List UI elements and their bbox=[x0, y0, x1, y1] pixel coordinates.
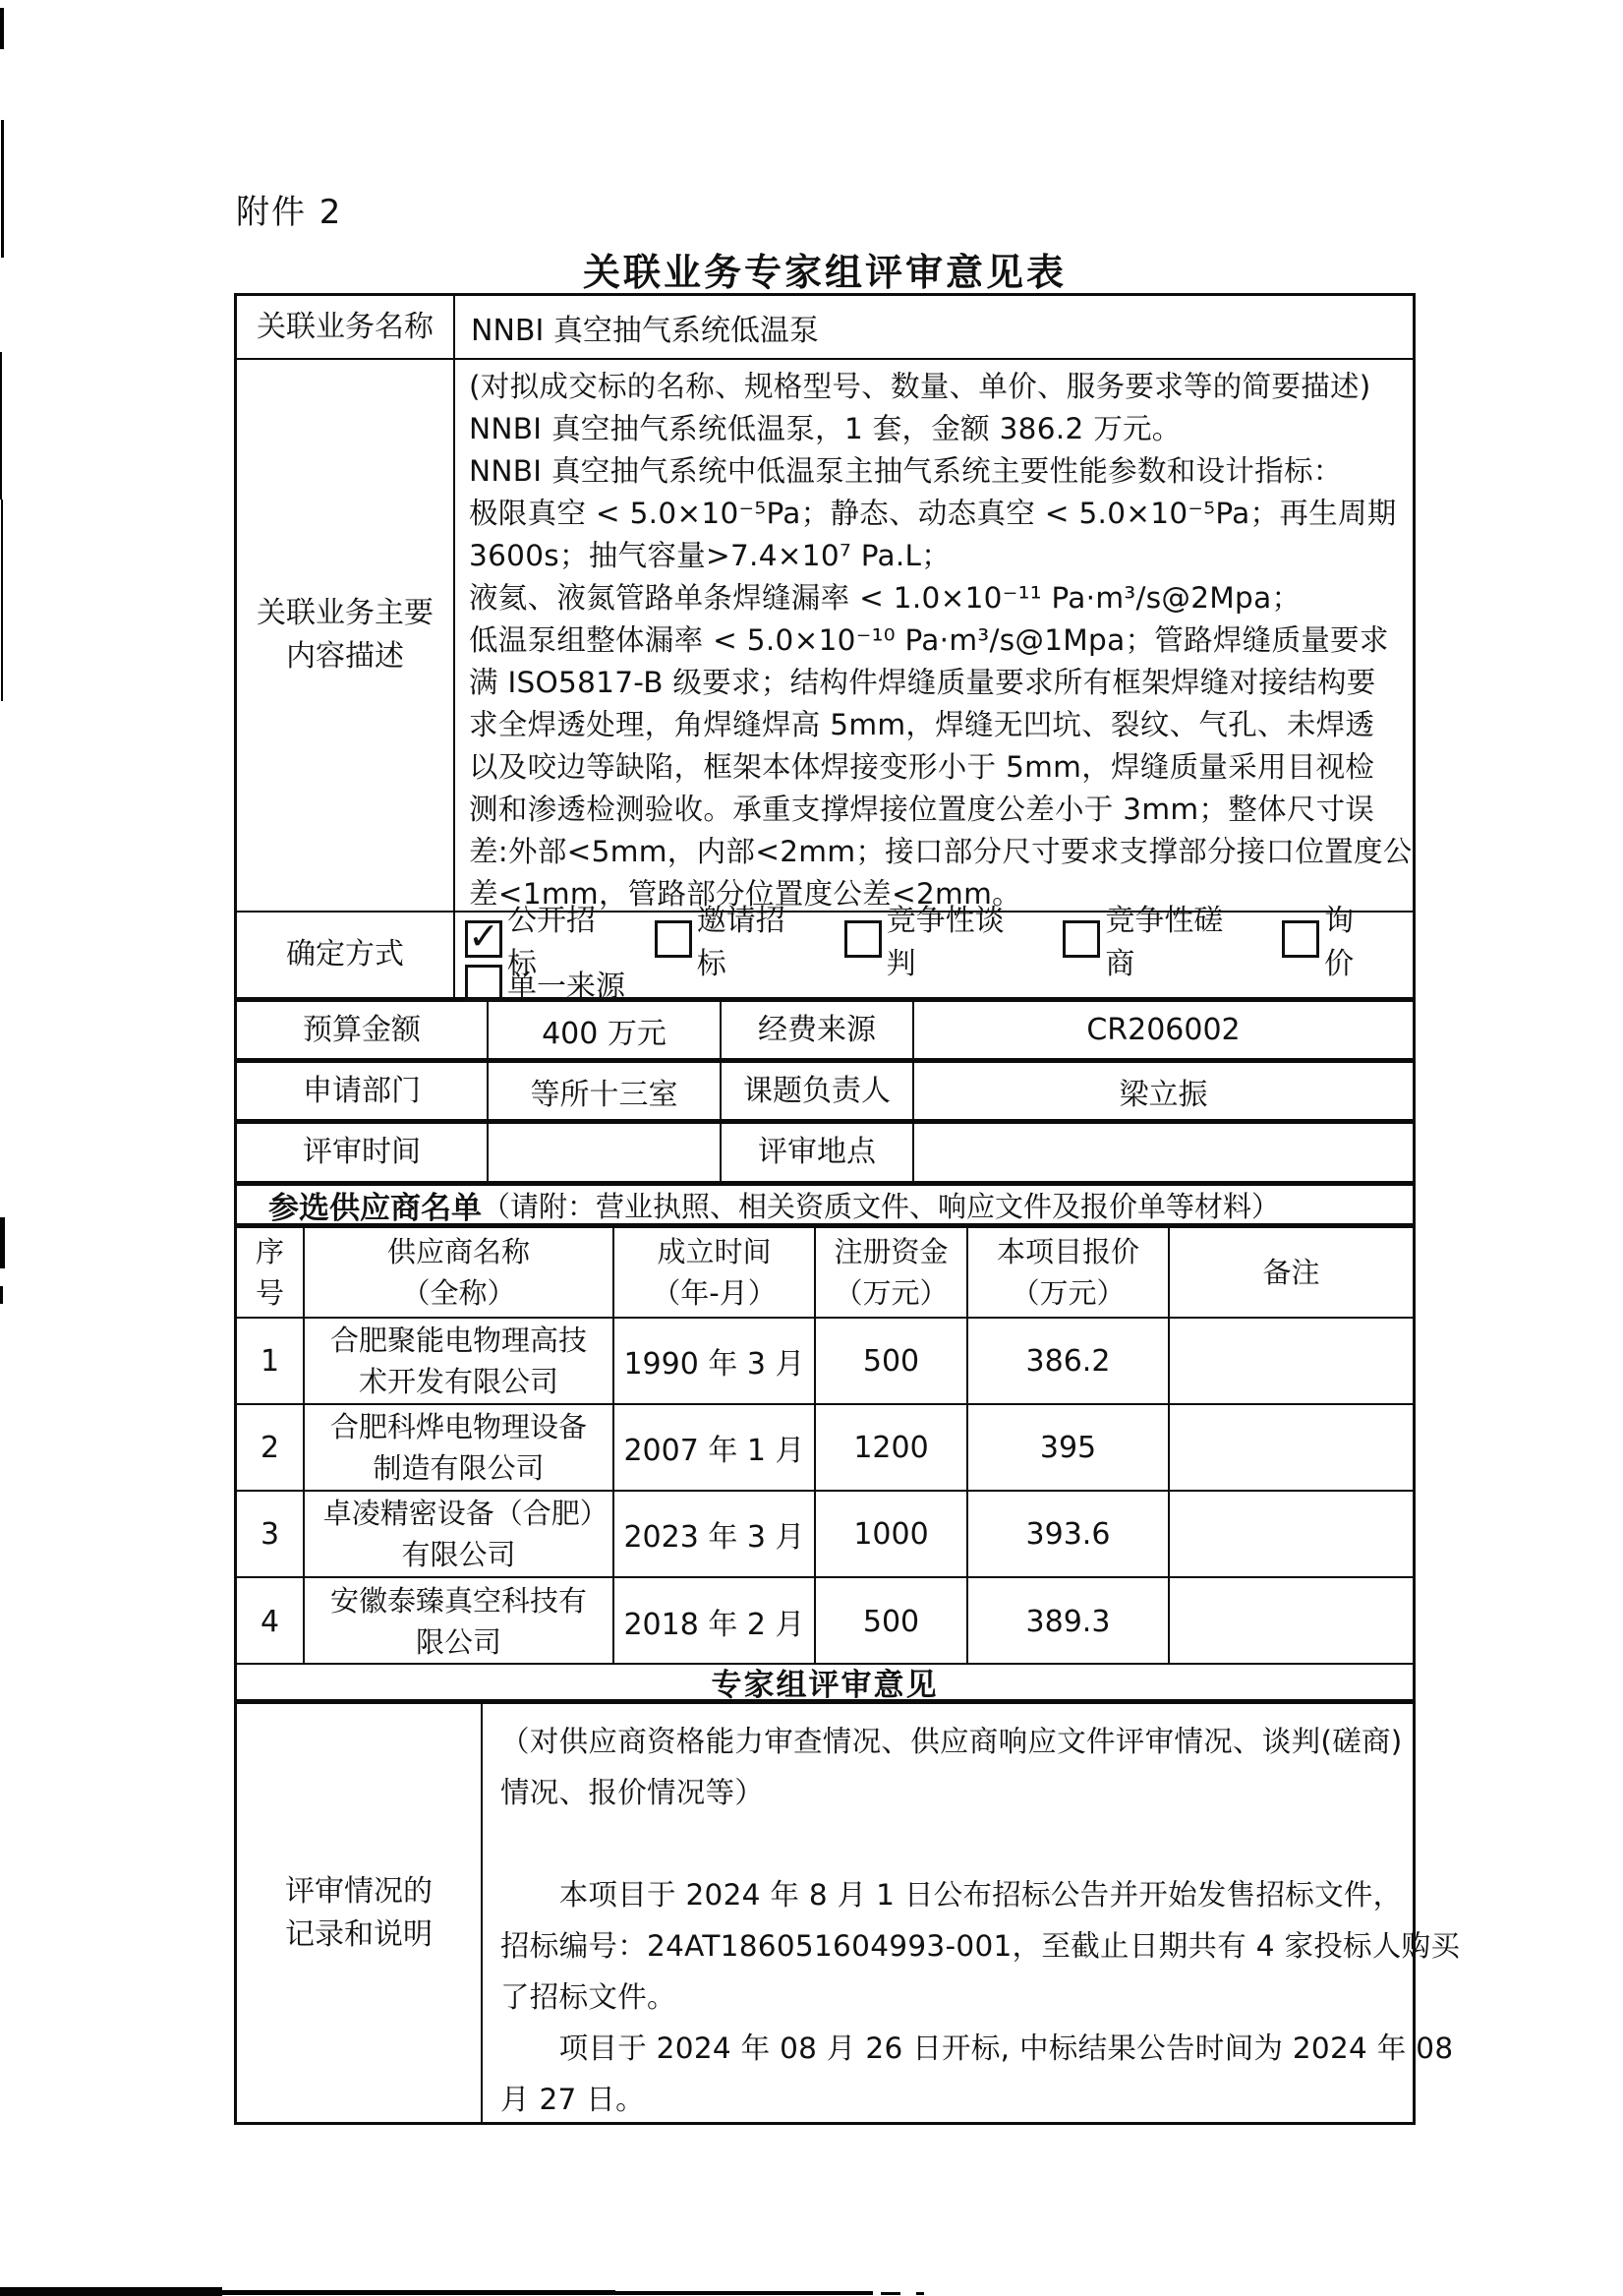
business-name-row: 关联业务名称 NNBI 真空抽气系统低温泵 bbox=[237, 296, 1413, 360]
supplier-row: 3 卓凌精密设备（合肥）有限公司 2023 年 3 月 1000 393.6 bbox=[237, 1492, 1413, 1578]
record-line bbox=[500, 1818, 1460, 1869]
description-line: NNBI 真空抽气系统低温泵，1 套，金额 386.2 万元。 bbox=[469, 408, 1413, 450]
scan-artifact bbox=[0, 1217, 5, 1268]
column-header-name: 供应商名称 （全称） bbox=[305, 1228, 614, 1317]
supplier-name: 安徽泰臻真空科技有限公司 bbox=[305, 1578, 614, 1665]
document-page: 附件 2 关联业务专家组评审意见表 关联业务名称 NNBI 真空抽气系统低温泵 … bbox=[0, 0, 1623, 2296]
checkbox-icon bbox=[465, 965, 502, 1002]
record-line: 了招标文件。 bbox=[500, 1972, 1460, 2023]
description-line: NNBI 真空抽气系统中低温泵主抽气系统主要性能参数和设计指标： bbox=[469, 450, 1413, 493]
method-option: 竞争性谈判 bbox=[844, 896, 1034, 982]
column-header-no: 序 号 bbox=[237, 1228, 305, 1317]
description-line: 求全焊透处理，角焊缝焊高 5mm，焊缝无凹坑、裂纹、气孔、未焊透 bbox=[469, 704, 1413, 746]
supplier-row: 4 安徽泰臻真空科技有限公司 2018 年 2 月 500 389.3 bbox=[237, 1578, 1413, 1665]
bottom-scan-edge bbox=[0, 2287, 222, 2296]
supplier-capital: 1000 bbox=[816, 1492, 968, 1576]
supplier-bid: 393.6 bbox=[968, 1492, 1170, 1576]
column-header-remark: 备注 bbox=[1170, 1228, 1413, 1317]
checkbox-icon bbox=[1063, 920, 1100, 958]
checkbox-icon bbox=[844, 920, 882, 958]
funding-source-label: 经费来源 bbox=[722, 1002, 914, 1058]
supplier-row: 1 合肥聚能电物理高技术开发有限公司 1990 年 3 月 500 386.2 bbox=[237, 1319, 1413, 1405]
checkmark-icon: ✓ bbox=[468, 917, 499, 955]
supplier-capital: 500 bbox=[816, 1578, 968, 1665]
review-form-table: 关联业务名称 NNBI 真空抽气系统低温泵 关联业务主要 内容描述 (对拟成交标… bbox=[234, 293, 1416, 2125]
column-header-bid: 本项目报价 （万元） bbox=[968, 1228, 1170, 1317]
record-line: （对供应商资格能力审查情况、供应商响应文件评审情况、谈判(磋商) bbox=[500, 1716, 1460, 1767]
department-label: 申请部门 bbox=[237, 1063, 489, 1119]
supplier-bid: 389.3 bbox=[968, 1578, 1170, 1665]
supplier-capital: 1200 bbox=[816, 1405, 968, 1490]
method-row: 确定方式 ✓公开招标 邀请招标 竞争性谈判 竞争性磋商 询价 bbox=[237, 913, 1413, 1002]
column-header-founded: 成立时间 （年-月） bbox=[614, 1228, 816, 1317]
supplier-remark bbox=[1170, 1405, 1413, 1490]
bottom-scan-edge bbox=[916, 2292, 924, 2295]
review-place-value bbox=[914, 1124, 1413, 1181]
supplier-table-header: 序 号 供应商名称 （全称） 成立时间 （年-月） 注册资金 （万元） 本项目报… bbox=[237, 1228, 1413, 1319]
record-line: 本项目于 2024 年 8 月 1 日公布招标公告并开始发售招标文件， bbox=[500, 1869, 1460, 1920]
bottom-scan-edge bbox=[222, 2290, 615, 2295]
description-line: (对拟成交标的名称、规格型号、数量、单价、服务要求等的简要描述) bbox=[469, 366, 1413, 408]
scan-artifact bbox=[0, 352, 2, 500]
supplier-section-note: （请附：营业执照、相关资质文件、响应文件及报价单等材料） bbox=[482, 1185, 1280, 1225]
checkbox-label: 单一来源 bbox=[507, 962, 625, 1005]
project-leader-value: 梁立振 bbox=[914, 1063, 1413, 1119]
review-time-row: 评审时间 评审地点 bbox=[237, 1124, 1413, 1186]
record-line: 项目于 2024 年 08 月 26 日开标, 中标结果公告时间为 2024 年… bbox=[500, 2023, 1460, 2074]
business-name-value: NNBI 真空抽气系统低温泵 bbox=[455, 296, 1413, 358]
supplier-no: 1 bbox=[237, 1319, 305, 1403]
method-option: 询价 bbox=[1282, 896, 1383, 982]
checkbox-icon: ✓ bbox=[465, 920, 502, 958]
record-content: （对供应商资格能力审查情况、供应商响应文件评审情况、谈判(磋商) 情况、报价情况… bbox=[483, 1704, 1470, 2122]
supplier-section-row: 参选供应商名单（请附：营业执照、相关资质文件、响应文件及报价单等材料） bbox=[237, 1186, 1413, 1228]
record-row: 评审情况的 记录和说明 （对供应商资格能力审查情况、供应商响应文件评审情况、谈判… bbox=[237, 1704, 1413, 2122]
supplier-rows: 1 合肥聚能电物理高技术开发有限公司 1990 年 3 月 500 386.2 … bbox=[237, 1319, 1413, 1665]
description-line: 测和渗透检测验收。承重支撑焊接位置度公差小于 3mm；整体尺寸误 bbox=[469, 789, 1413, 831]
method-option: 邀请招标 bbox=[655, 896, 815, 982]
record-line: 情况、报价情况等） bbox=[500, 1767, 1460, 1818]
supplier-founded: 1990 年 3 月 bbox=[614, 1319, 816, 1403]
description-line: 极限真空 < 5.0×10⁻⁵Pa；静态、动态真空 < 5.0×10⁻⁵Pa；再… bbox=[469, 493, 1413, 535]
supplier-no: 3 bbox=[237, 1492, 305, 1576]
method-checkbox-group: ✓公开招标 邀请招标 竞争性谈判 竞争性磋商 询价 单一来源 bbox=[455, 913, 1413, 997]
checkbox-icon bbox=[1282, 920, 1319, 958]
supplier-remark bbox=[1170, 1578, 1413, 1665]
description-line: 液氦、液氮管路单条焊缝漏率 < 1.0×10⁻¹¹ Pa·m³/s@2Mpa； bbox=[469, 577, 1413, 619]
budget-row: 预算金额 400 万元 经费来源 CR206002 bbox=[237, 1002, 1413, 1063]
checkbox-icon bbox=[655, 920, 692, 958]
description-line: 满 ISO5817-B 级要求；结构件焊缝质量要求所有框架焊缝对接结构要 bbox=[469, 662, 1413, 704]
review-place-label: 评审地点 bbox=[722, 1124, 914, 1181]
supplier-capital: 500 bbox=[816, 1319, 968, 1403]
attachment-label: 附件 2 bbox=[236, 185, 342, 233]
supplier-section-title: 参选供应商名单 bbox=[268, 1183, 482, 1227]
record-line: 招标编号：24AT186051604993-001，至截止日期共有 4 家投标人… bbox=[500, 1920, 1460, 1972]
method-option: 单一来源 bbox=[465, 962, 625, 1005]
checkbox-label: 邀请招标 bbox=[697, 896, 815, 982]
description-line: 3600s；抽气容量>7.4×10⁷ Pa.L； bbox=[469, 535, 1413, 577]
opinion-header-row: 专家组评审意见 bbox=[237, 1663, 1413, 1704]
supplier-name: 卓凌精密设备（合肥）有限公司 bbox=[305, 1492, 614, 1576]
supplier-bid: 395 bbox=[968, 1405, 1170, 1490]
method-option: 竞争性磋商 bbox=[1063, 896, 1252, 982]
supplier-remark bbox=[1170, 1319, 1413, 1403]
scan-artifact bbox=[0, 1286, 3, 1304]
description-row: 关联业务主要 内容描述 (对拟成交标的名称、规格型号、数量、单价、服务要求等的简… bbox=[237, 360, 1413, 913]
review-time-label: 评审时间 bbox=[237, 1124, 489, 1181]
method-options-line1: ✓公开招标 邀请招标 竞争性谈判 竞争性磋商 询价 bbox=[465, 916, 1413, 961]
checkbox-label: 竞争性磋商 bbox=[1105, 896, 1252, 982]
scan-artifact bbox=[1, 120, 4, 258]
budget-value: 400 万元 bbox=[489, 1002, 722, 1058]
supplier-no: 4 bbox=[237, 1578, 305, 1665]
checkbox-label: 询价 bbox=[1324, 896, 1383, 982]
record-line: 月 27 日。 bbox=[500, 2074, 1460, 2125]
department-value: 等所十三室 bbox=[489, 1063, 722, 1119]
bottom-scan-edge bbox=[881, 2292, 900, 2295]
scan-artifact bbox=[0, 8, 4, 49]
supplier-bid: 386.2 bbox=[968, 1319, 1170, 1403]
description-line: 以及咬边等缺陷，框架本体焊接变形小于 5mm，焊缝质量采用目视检 bbox=[469, 746, 1413, 789]
record-label: 评审情况的 记录和说明 bbox=[237, 1704, 483, 2122]
opinion-section-title: 专家组评审意见 bbox=[237, 1665, 1413, 1699]
department-row: 申请部门 等所十三室 课题负责人 梁立振 bbox=[237, 1063, 1413, 1124]
supplier-remark bbox=[1170, 1492, 1413, 1576]
supplier-founded: 2023 年 3 月 bbox=[614, 1492, 816, 1576]
review-time-value bbox=[489, 1124, 722, 1181]
funding-source-value: CR206002 bbox=[914, 1002, 1413, 1058]
supplier-founded: 2007 年 1 月 bbox=[614, 1405, 816, 1490]
method-label: 确定方式 bbox=[237, 913, 455, 997]
project-leader-label: 课题负责人 bbox=[722, 1063, 914, 1119]
supplier-name: 合肥科烨电物理设备制造有限公司 bbox=[305, 1405, 614, 1490]
supplier-founded: 2018 年 2 月 bbox=[614, 1578, 816, 1665]
business-name-label: 关联业务名称 bbox=[237, 296, 455, 358]
page-title: 关联业务专家组评审意见表 bbox=[234, 242, 1416, 296]
supplier-row: 2 合肥科烨电物理设备制造有限公司 2007 年 1 月 1200 395 bbox=[237, 1405, 1413, 1492]
description-label: 关联业务主要 内容描述 bbox=[237, 360, 455, 911]
description-line: 差:外部<5mm，内部<2mm；接口部分尺寸要求支撑部分接口位置度公 bbox=[469, 831, 1413, 873]
supplier-no: 2 bbox=[237, 1405, 305, 1490]
description-content: (对拟成交标的名称、规格型号、数量、单价、服务要求等的简要描述) NNBI 真空… bbox=[455, 360, 1413, 911]
checkbox-label: 竞争性谈判 bbox=[887, 896, 1034, 982]
scan-artifact bbox=[1, 500, 3, 701]
bottom-scan-edge bbox=[615, 2291, 873, 2295]
supplier-name: 合肥聚能电物理高技术开发有限公司 bbox=[305, 1319, 614, 1403]
budget-label: 预算金额 bbox=[237, 1002, 489, 1058]
column-header-capital: 注册资金 （万元） bbox=[816, 1228, 968, 1317]
description-line: 低温泵组整体漏率 < 5.0×10⁻¹⁰ Pa·m³/s@1Mpa；管路焊缝质量… bbox=[469, 619, 1413, 662]
